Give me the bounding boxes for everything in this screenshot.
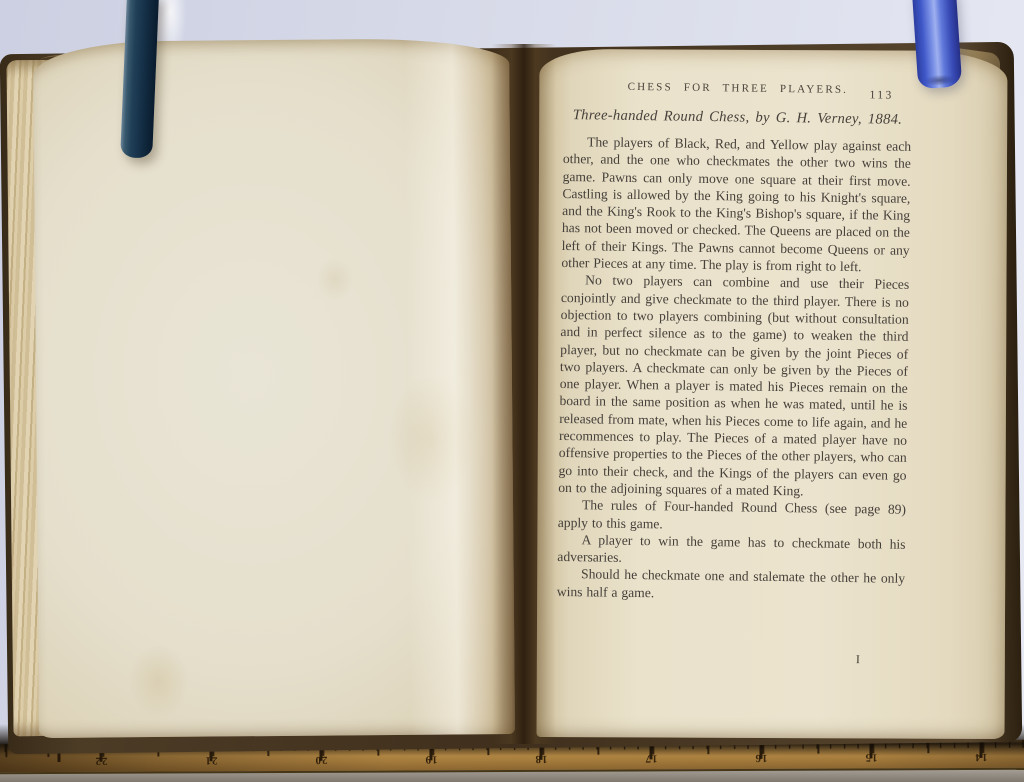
ruler-number: 21 bbox=[199, 754, 223, 766]
left-page-blank bbox=[33, 38, 515, 738]
photo-background: 22 21 20 19 18 17 16 15 14 CHESS FOR THR… bbox=[0, 0, 1024, 782]
gutter-shadow bbox=[492, 44, 556, 744]
ruler-number: 22 bbox=[89, 755, 113, 767]
page-number: 113 bbox=[869, 89, 893, 101]
printer-signature-mark: I bbox=[856, 652, 860, 667]
page-content: CHESS FOR THREE PLAYERS. 113 Three-hande… bbox=[557, 80, 912, 605]
body-paragraph: The players of Black, Red, and Yellow pl… bbox=[561, 133, 911, 276]
body-paragraph: Should he checkmate one and stalemate th… bbox=[557, 565, 905, 604]
body-paragraph: The rules of Four-handed Round Chess (se… bbox=[558, 496, 906, 535]
body-text: The players of Black, Red, and Yellow pl… bbox=[557, 133, 911, 605]
body-paragraph: A player to win the game has to checkmat… bbox=[557, 531, 905, 570]
book-stand-prong-right bbox=[912, 0, 962, 89]
chapter-title: Three-handed Round Chess, by G. H. Verne… bbox=[563, 107, 911, 129]
body-paragraph: No two players can combine and use their… bbox=[558, 271, 909, 501]
